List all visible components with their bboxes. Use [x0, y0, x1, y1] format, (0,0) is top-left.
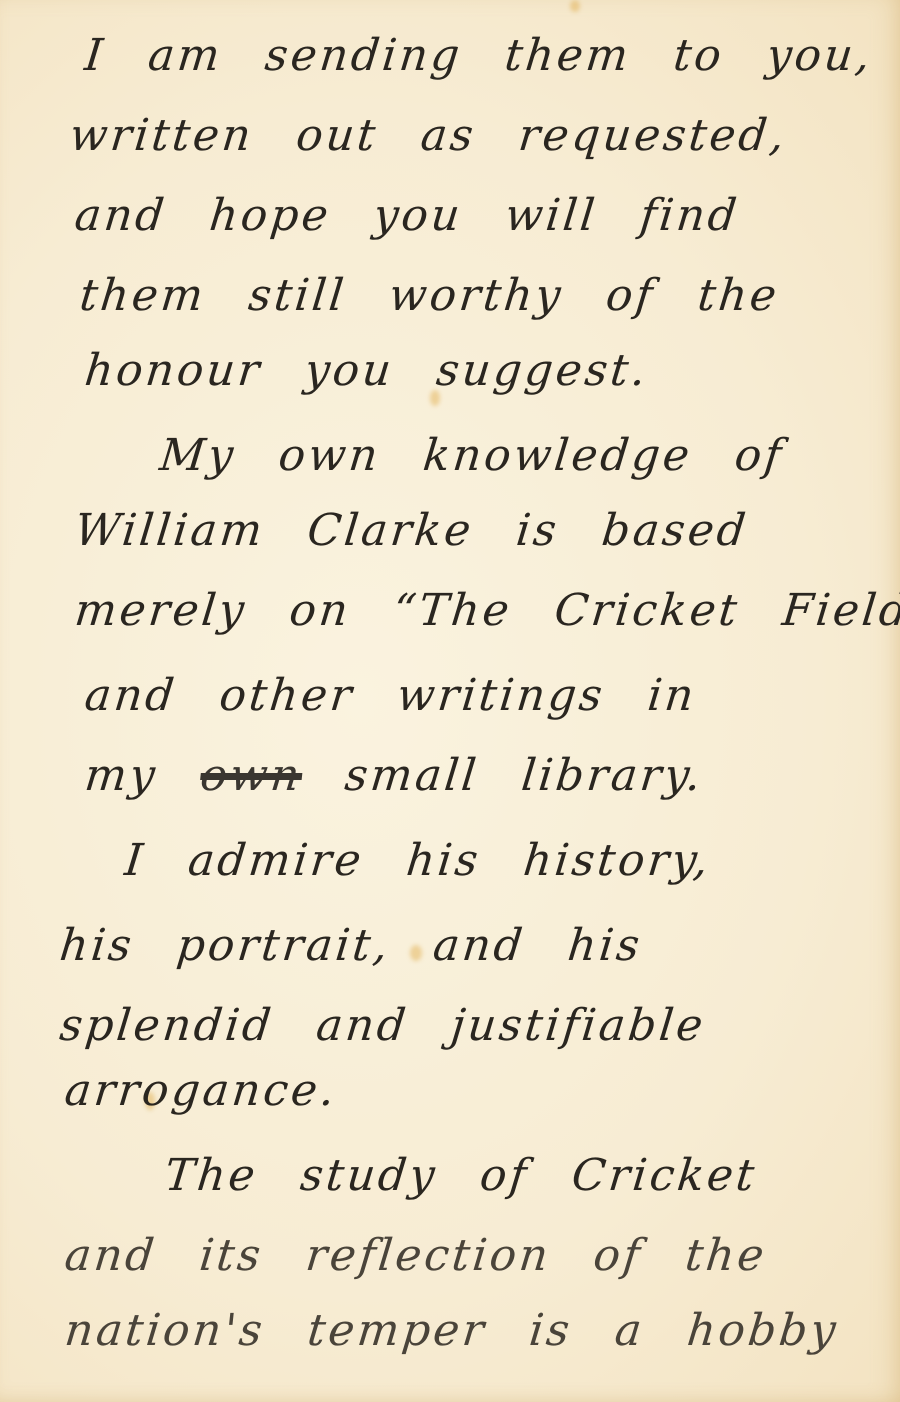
line-text: my [82, 750, 160, 801]
letter-page: I am sending them to you, written out as… [0, 0, 900, 1402]
letter-line-9: and other writings in [82, 670, 699, 721]
line-text-after: small library. [342, 750, 706, 801]
letter-line-4: them still worthy of the [77, 270, 781, 321]
letter-line-11: I admire his history, [122, 835, 713, 886]
letter-line-17: nation's temper is a hobby [62, 1305, 841, 1356]
letter-line-12: his portrait, and his [57, 920, 644, 971]
letter-line-1: I am sending them to you, [82, 30, 875, 81]
letter-line-5: honour you suggest. [82, 345, 651, 396]
letter-line-8: merely on “The Cricket Field” [72, 585, 900, 636]
letter-line-2: written out as requested, [67, 110, 789, 161]
letter-line-16: and its reflection of the [62, 1230, 769, 1281]
struck-out-word: own [198, 750, 305, 801]
letter-line-13: splendid and justifiable [57, 1000, 708, 1051]
letter-line-6: My own knowledge of [157, 430, 786, 481]
foxing-stain [570, 0, 580, 12]
letter-line-15: The study of Cricket [162, 1150, 759, 1201]
letter-line-3: and hope you will find [72, 190, 742, 241]
letter-line-14: arrogance. [62, 1065, 340, 1116]
letter-line-10: my own small library. [82, 750, 706, 801]
letter-line-7: William Clarke is based [72, 505, 751, 556]
